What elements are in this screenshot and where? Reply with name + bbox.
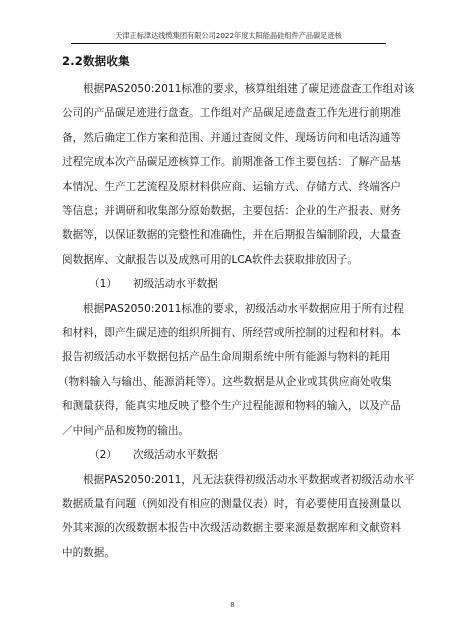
running-header: 天津正标津达线缆集团有限公司2022年度太阳能晶硅组件产品碳足迹核 — [71, 31, 386, 40]
text-line: 等信息；并调研和收集部分原始数据，主要包括：企业的生产报表、财务 — [62, 199, 392, 223]
subsection-number: （1） — [89, 272, 133, 296]
text-line: 公司的产品碳足迹进行盘查。工作组对产品碳足迹盘查工作先进行前期准 — [62, 101, 392, 125]
subsection-heading-primary-data: （1）初级活动水平数据 — [62, 272, 392, 296]
document-page: 天津正标津达线缆集团有限公司2022年度太阳能晶硅组件产品碳足迹核 2.2数据收… — [0, 0, 449, 643]
text-line: 和材料，即产生碳足迹的组织所拥有、所经营或所控制的过程和材料。本 — [62, 321, 392, 345]
text-line: 数据质量有问题（例如没有相应的测量仪表）时，有必要使用直接测量以 — [62, 492, 392, 516]
subsection-number: （2） — [89, 443, 133, 467]
text-line: 阅数据库、文献报告以及成熟可用的LCA软件去获取排放因子。 — [62, 248, 392, 272]
text-line: 外其来源的次级数据本报告中次级活动数据主要来源是数据库和文献资料 — [62, 516, 392, 540]
subsection-title: 次级活动水平数据 — [133, 449, 218, 461]
text-line: 备，然后确定工作方案和范围、并通过查阅文件、现场访问和电话沟通等 — [62, 126, 392, 150]
text-line: 中的数据。 — [62, 541, 392, 565]
text-line: （物料输入与输出、能源消耗等）。这些数据是从企业或其供应商处收集 — [58, 370, 392, 394]
text-line: 过程完成本次产品碳足迹核算工作。前期准备工作主要包括：了解产品基 — [62, 150, 392, 174]
body-text: 根据PAS2050:2011标准的要求，核算组组建了碳足迹盘查工作组对该 公司的… — [62, 77, 392, 565]
text-line: 和测量获得，能真实地反映了整个生产过程能源和物料的输入，以及产品 — [62, 394, 392, 418]
text-line: 本情况、生产工艺流程及原材料供应商、运输方式、存储方式、终端客户 — [62, 175, 392, 199]
text-line: 数据等，以保证数据的完整性和准确性，并在后期报告编制阶段，大量查 — [62, 223, 392, 247]
text-line: ／中间产品和废物的输出。 — [62, 419, 392, 443]
section-title: 2.2数据收集 — [62, 53, 130, 69]
paragraph-secondary-data: 根据PAS2050:2011，凡无法获得初级活动水平数据或者初级活动水平 数据质… — [62, 468, 392, 566]
text-line: 根据PAS2050:2011标准的要求，初级活动水平数据应用于所有过程 — [62, 297, 392, 321]
subsection-title: 初级活动水平数据 — [133, 278, 218, 290]
header-divider — [71, 43, 386, 44]
paragraph-intro: 根据PAS2050:2011标准的要求，核算组组建了碳足迹盘查工作组对该 公司的… — [62, 77, 392, 272]
text-line: 根据PAS2050:2011标准的要求，核算组组建了碳足迹盘查工作组对该 — [62, 77, 392, 101]
text-line: 报告初级活动水平数据包括产品生命周期系统中所有能源与物料的耗用 — [62, 345, 392, 369]
paragraph-primary-data: 根据PAS2050:2011标准的要求，初级活动水平数据应用于所有过程 和材料，… — [62, 297, 392, 443]
text-line: 根据PAS2050:2011，凡无法获得初级活动水平数据或者初级活动水平 — [62, 468, 392, 492]
subsection-heading-secondary-data: （2）次级活动水平数据 — [62, 443, 392, 467]
page-number: 8 — [0, 601, 449, 609]
